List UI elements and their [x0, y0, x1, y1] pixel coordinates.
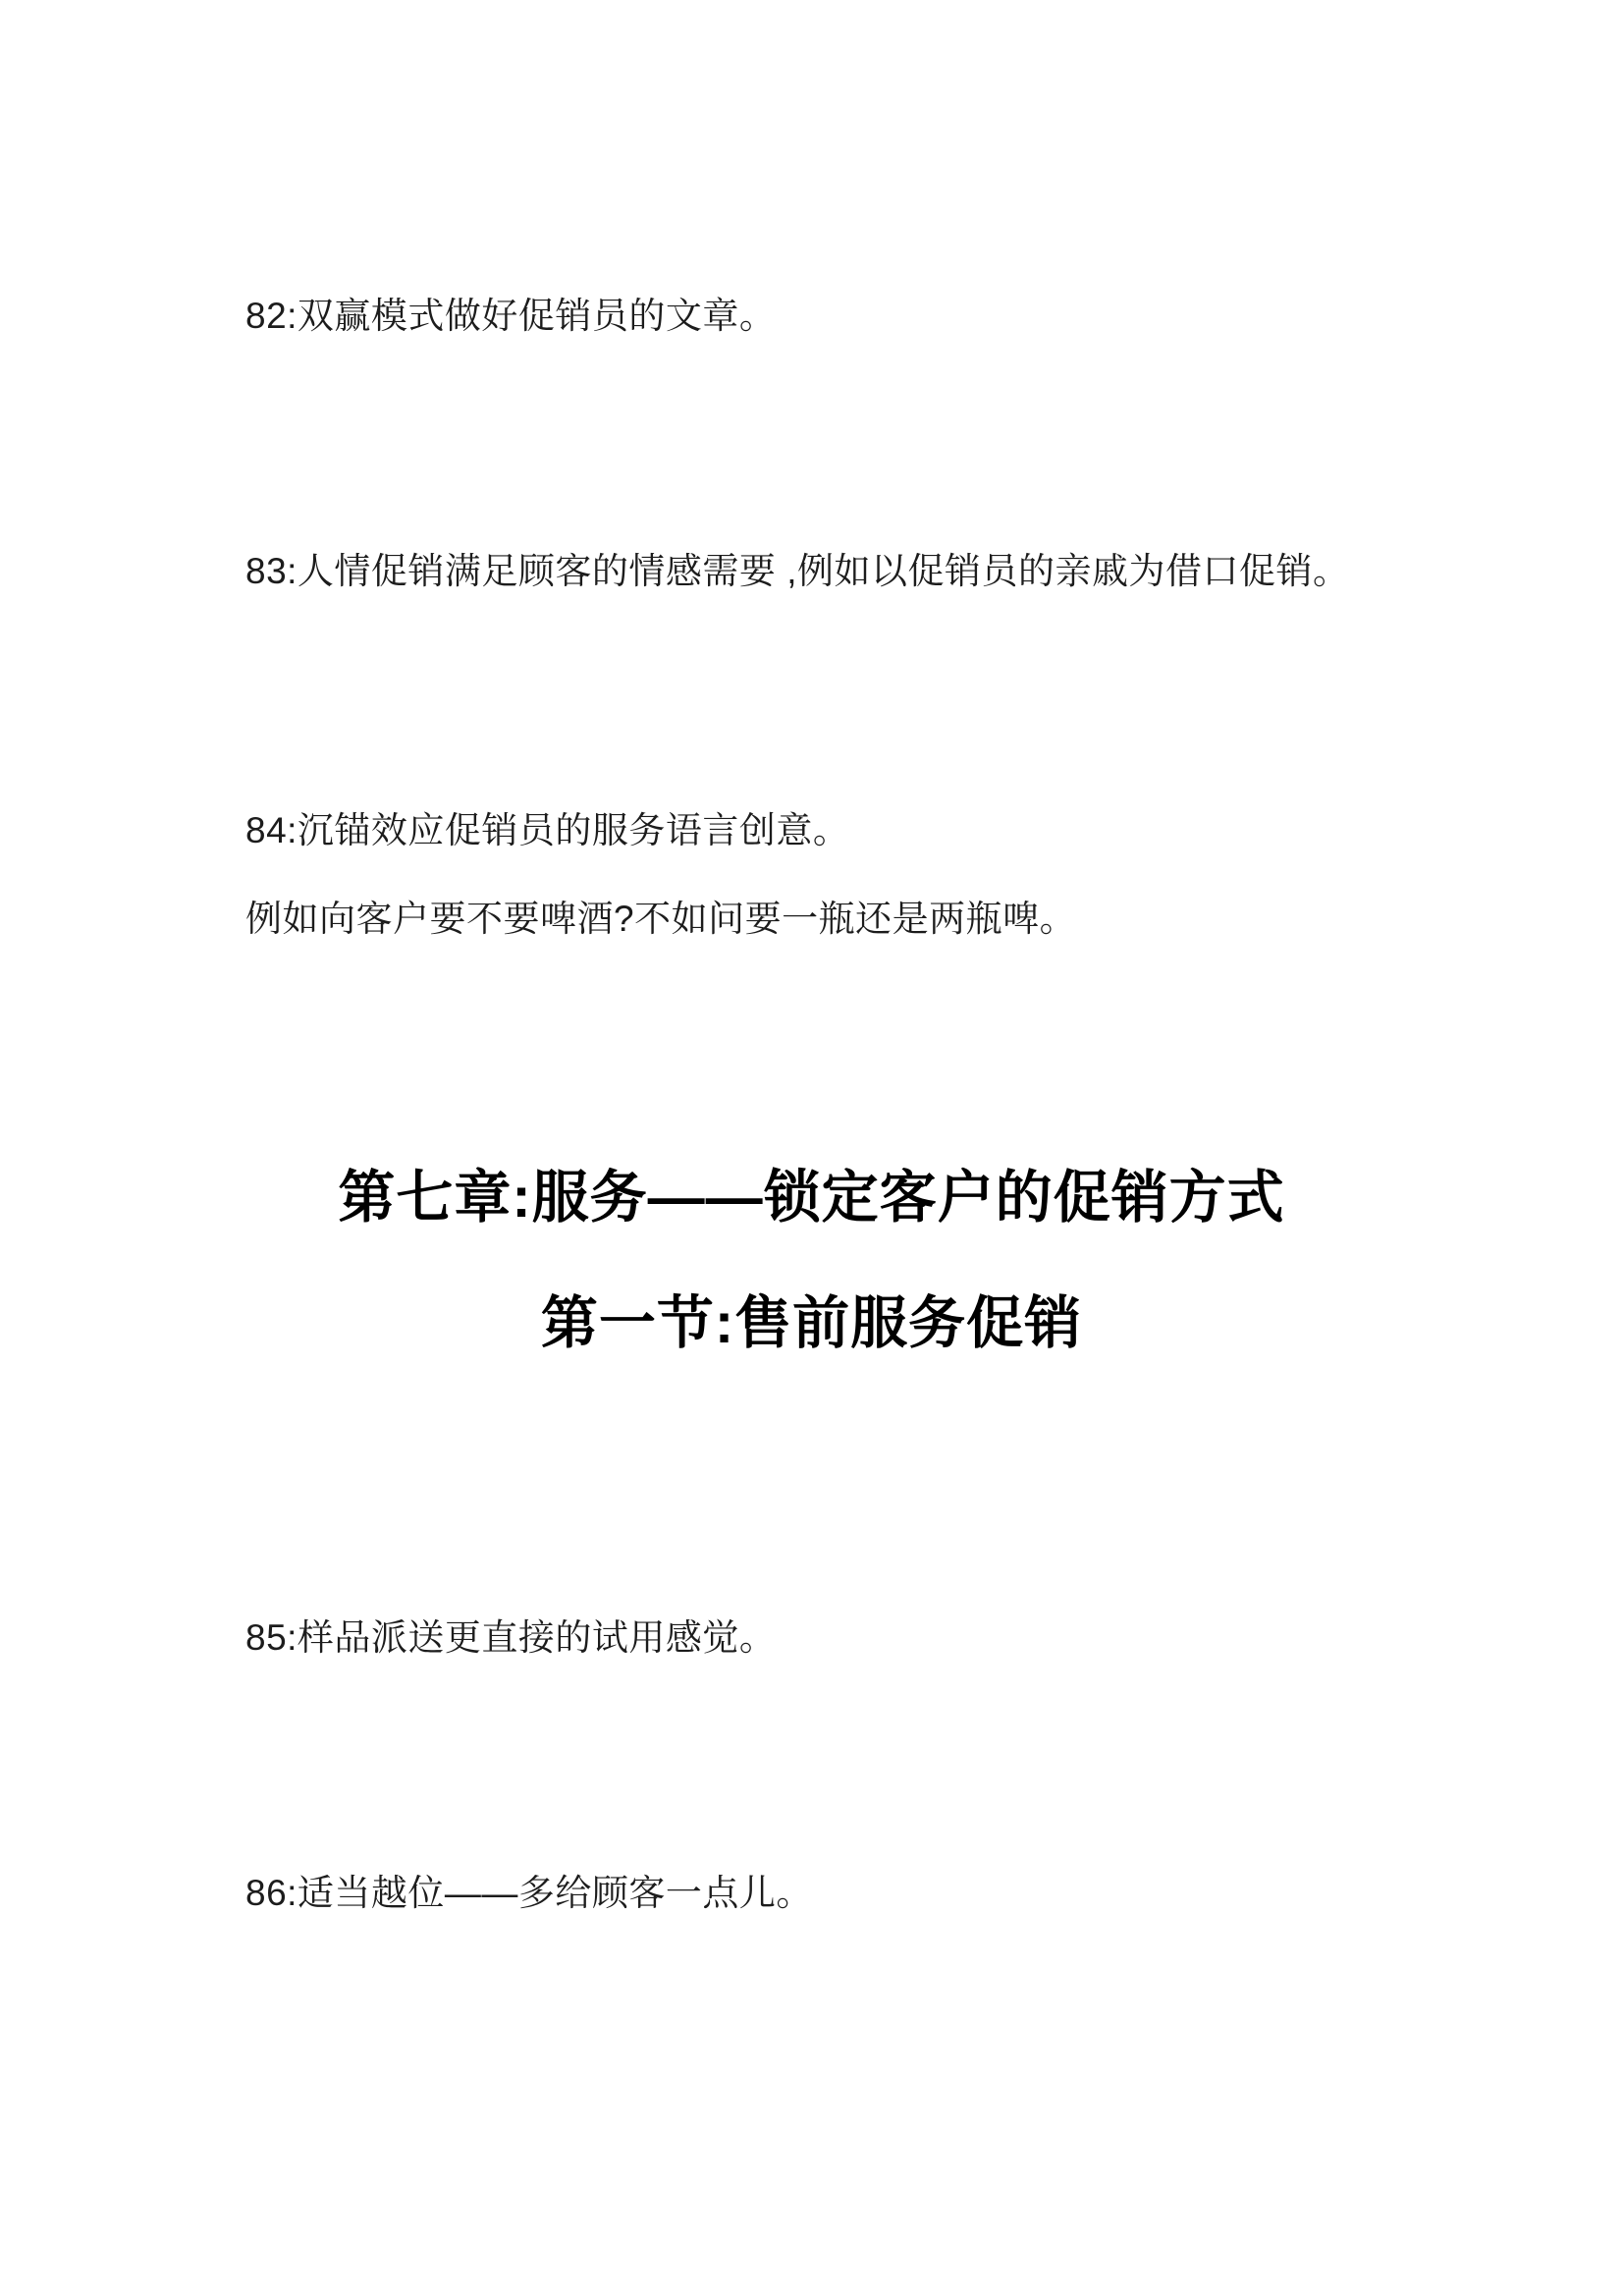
list-item-85: 85:样品派送更直接的试用感觉。 — [245, 1613, 1378, 1664]
list-item-84-example: 例如向客户要不要啤酒?不如问要一瓶还是两瓶啤。 — [245, 894, 1378, 945]
chapter-heading: 第七章:服务——锁定客户的促销方式 — [245, 1159, 1378, 1237]
list-item-82: 82:双赢模式做好促销员的文章。 — [245, 291, 1378, 342]
section-heading: 第一节:售前服务促销 — [245, 1285, 1378, 1363]
list-item-84: 84:沉锚效应促销员的服务语言创意。 — [245, 805, 1378, 856]
document-page: 82:双赢模式做好促销员的文章。 83:人情促销满足顾客的情感需要 ,例如以促销… — [0, 0, 1623, 2296]
list-item-86: 86:适当越位——多给顾客一点儿。 — [245, 1868, 1378, 1919]
list-item-83: 83:人情促销满足顾客的情感需要 ,例如以促销员的亲戚为借口促销。 — [245, 546, 1378, 597]
